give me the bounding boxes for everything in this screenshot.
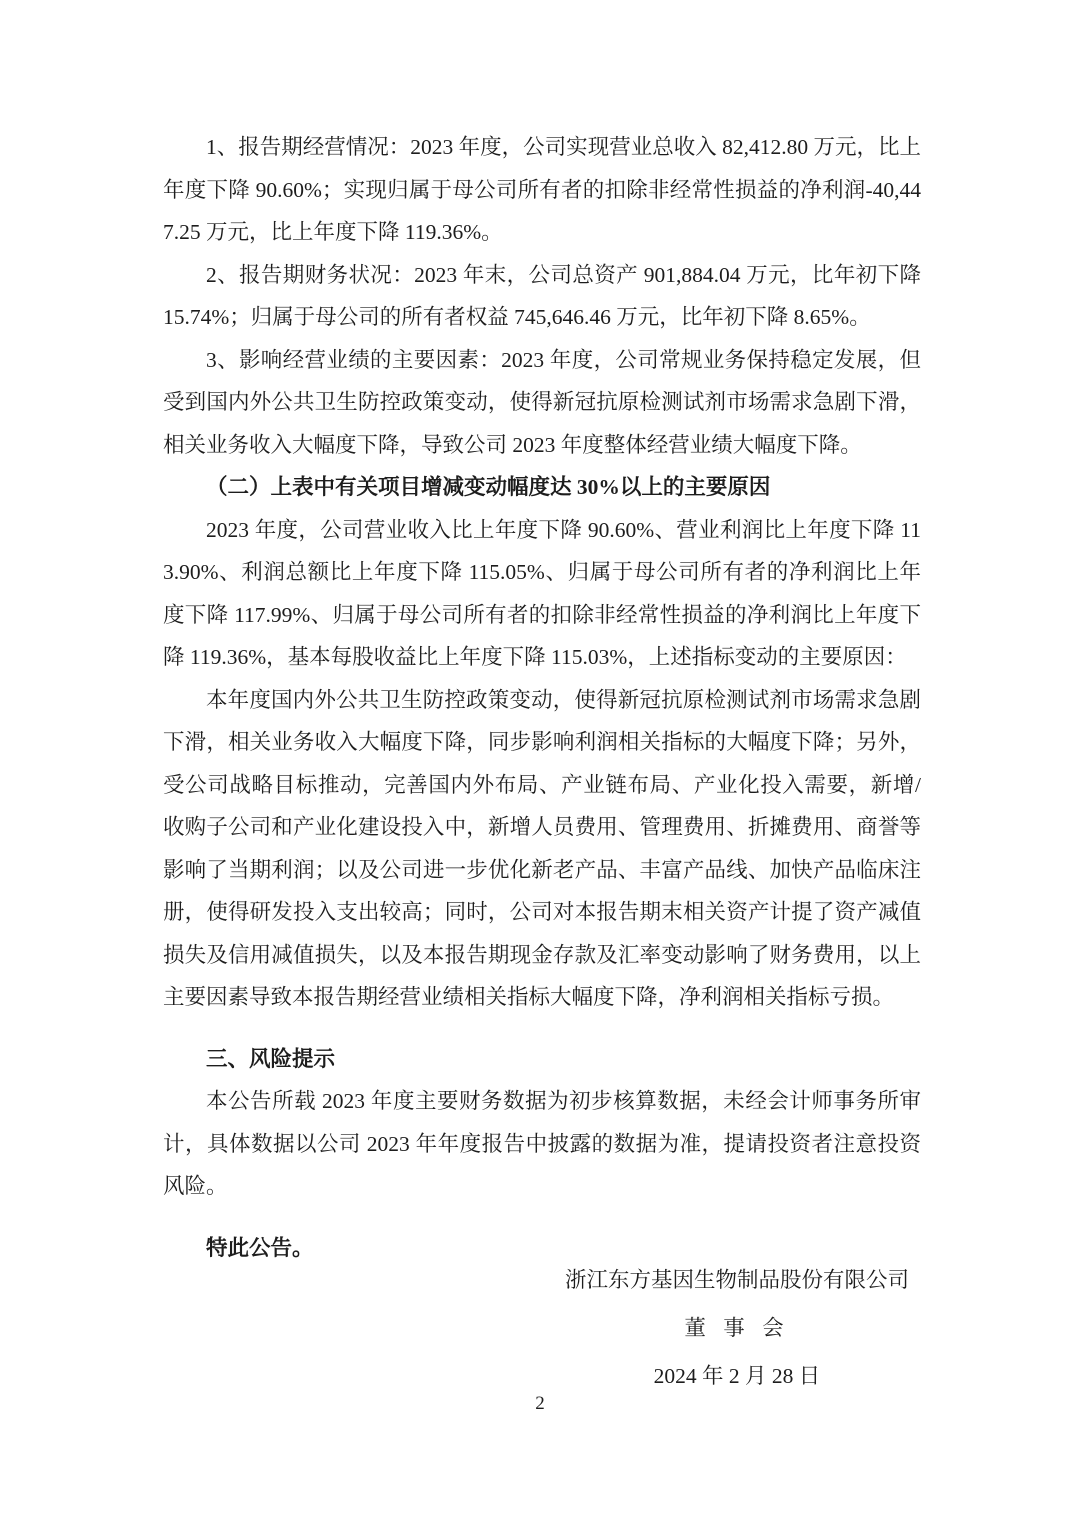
heading-change-reasons: （二）上表中有关项目增减变动幅度达 30%以上的主要原因 (163, 466, 921, 509)
paragraph-change-summary: 2023 年度，公司营业收入比上年度下降 90.60%、营业利润比上年度下降 1… (163, 509, 921, 679)
paragraph-change-detail: 本年度国内外公共卫生防控政策变动，使得新冠抗原检测试剂市场需求急剧下滑，相关业务… (163, 679, 921, 1019)
signature-company-name: 浙江东方基因生物制品股份有限公司 (556, 1256, 918, 1304)
signature-block: 浙江东方基因生物制品股份有限公司 董 事 会 2024 年 2 月 28 日 (556, 1256, 918, 1400)
announcement-page: 1、报告期经营情况：2023 年度，公司实现营业总收入 82,412.80 万元… (0, 0, 1080, 1527)
paragraph-report-finance: 2、报告期财务状况：2023 年末，公司总资产 901,884.04 万元，比年… (163, 254, 921, 339)
paragraph-report-operations: 1、报告期经营情况：2023 年度，公司实现营业总收入 82,412.80 万元… (163, 126, 921, 254)
page-number: 2 (0, 1392, 1080, 1416)
paragraph-performance-factors: 3、影响经营业绩的主要因素：2023 年度，公司常规业务保持稳定发展，但受到国内… (163, 339, 921, 467)
signature-board: 董 事 会 (556, 1304, 918, 1352)
document-body: 1、报告期经营情况：2023 年度，公司实现营业总收入 82,412.80 万元… (163, 126, 921, 1269)
heading-risk-notice: 三、风险提示 (163, 1038, 921, 1081)
paragraph-risk-statement: 本公告所载 2023 年度主要财务数据为初步核算数据，未经会计师事务所审计，具体… (163, 1080, 921, 1208)
